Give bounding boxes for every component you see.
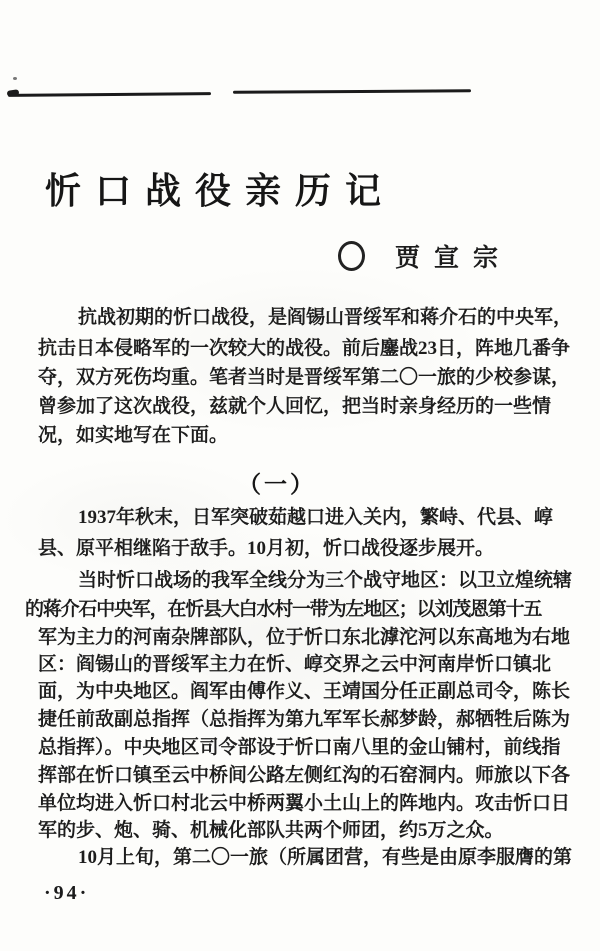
text-line: 10月上旬，第二〇一旅（所属团营，有些是由原李服膺的第 <box>78 846 600 869</box>
text-line: 曾参加了这次战役，兹就个人回忆，把当时亲身经历的一些情 <box>38 395 578 418</box>
text-line: 的蒋介石中央军，在忻县大白水村一带为左地区；以刘茂恩第十五 <box>25 598 565 621</box>
text-line: 抗战初期的忻口战役，是阎锡山晋绥军和蒋介石的中央军， <box>78 306 600 329</box>
text-line: 挥部在忻口镇至云中桥间公路左侧红沟的石窑洞内。师旅以下各 <box>38 764 578 787</box>
text-line: 单位均进入忻口村北云中桥两翼小土山上的阵地内。攻击忻口日 <box>38 792 578 815</box>
header-rule-left-segment <box>8 92 211 97</box>
scanned-book-page: 忻口战役亲历记 贾宣宗 抗战初期的忻口战役，是阎锡山晋绥军和蒋介石的中央军， 抗… <box>0 0 600 951</box>
author-circle-icon <box>338 241 365 271</box>
text-line: 况，如实地写在下面。 <box>38 424 578 447</box>
text-line: 军为主力的河南杂牌部队，位于忻口东北滹沱河以东高地为右地 <box>38 626 578 649</box>
page-number: ·94· <box>44 882 89 905</box>
header-rule-right-segment <box>233 89 471 93</box>
text-line: 抗击日本侵略军的一次较大的战役。前后鏖战23日，阵地几番争 <box>38 337 578 360</box>
text-line: 区：阎锡山的晋绥军主力在忻、崞交界之云中河南岸忻口镇北 <box>38 653 578 676</box>
text-line: 当时忻口战场的我军全线分为三个战守地区：以卫立煌统辖 <box>78 569 600 592</box>
article-title: 忻口战役亲历记 <box>45 163 395 214</box>
section-heading: （一） <box>238 466 316 499</box>
text-line: 夺，双方死伤均重。笔者当时是晋绥军第二〇一旅的少校参谋， <box>38 366 578 389</box>
text-line: 面，为中央地区。阎军由傅作义、王靖国分任正副总司令，陈长 <box>38 680 578 703</box>
text-line: 县、原平相继陷于敌手。10月初，忻口战役逐步展开。 <box>38 537 578 560</box>
author-name: 贾宣宗 <box>395 238 512 274</box>
text-line: 总指挥）。中央地区司令部设于忻口南八里的金山铺村，前线指 <box>38 736 578 759</box>
text-line: 1937年秋末，日军突破茹越口进入关内，繁峙、代县、崞 <box>78 506 600 529</box>
text-line: 捷任前敌副总指挥（总指挥为第九军军长郝梦龄，郝牺牲后陈为 <box>38 708 578 731</box>
byline: 贾宣宗 <box>338 238 512 274</box>
text-line: 军的步、炮、骑、机械化部队共两个师团，约5万之众。 <box>38 819 578 842</box>
ink-speck <box>13 77 17 80</box>
